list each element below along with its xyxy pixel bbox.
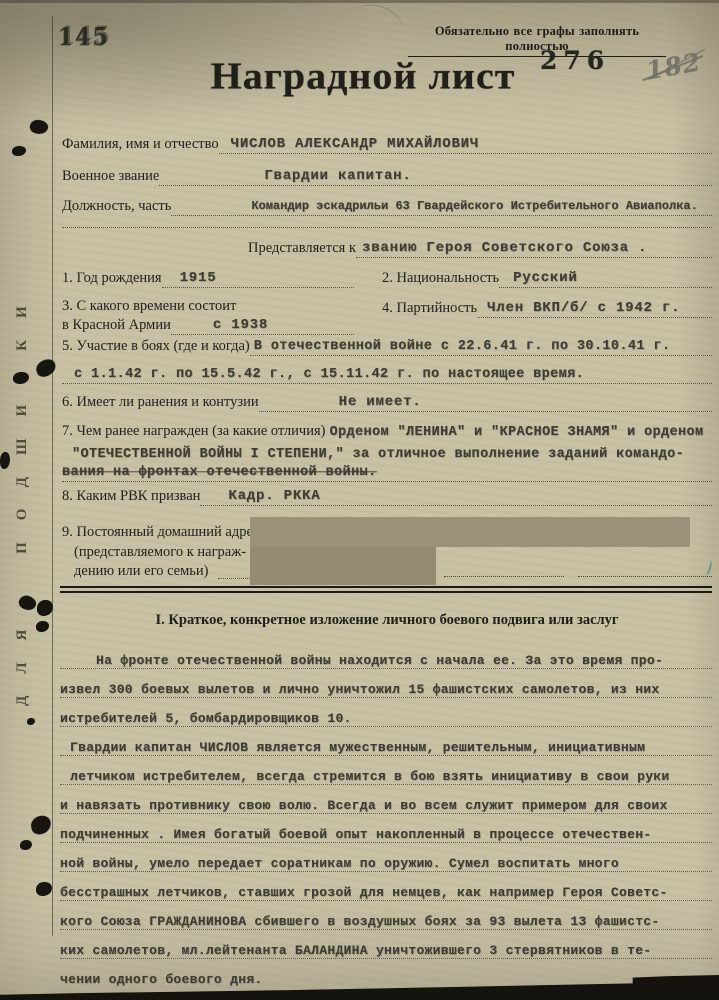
field-name-label: Фамилия, имя и отчество [62, 136, 219, 154]
field-rank-value: Гвардии капитан. [264, 168, 411, 184]
field-address-rule-mid [444, 562, 564, 577]
field-awards-value-line1: Орденом "ЛЕНИНА" и "КРАСНОЕ ЗНАМЯ" и орд… [329, 425, 703, 440]
field-address-rule-short [218, 564, 254, 579]
field-name-entry: ЧИСЛОВ АЛЕКСАНДР МИХАЙЛОВИЧ [219, 134, 712, 154]
field-drafted-by-value: Кадр. РККА [228, 488, 320, 504]
citation-line: На фронте отечественной войны находится … [60, 640, 712, 669]
citation-line: Гвардии капитан ЧИСЛОВ является мужестве… [60, 727, 712, 756]
field-party-status: 4. Партийность Член ВКП/б/ с 1942 г. [382, 298, 712, 318]
award-sheet-page: ДЛЯ ПОДШИВКИ 145 Обязательно все графы з… [0, 0, 719, 1000]
field-combat-value-line1: В отечественной войне с 22.6.41 г. по 30… [254, 339, 671, 354]
field-awards-value-line3: вания на фронтах отечественной войны. [62, 465, 377, 480]
field-awards-label: 7. Чем ранее награжден (за какие отличия… [62, 423, 325, 441]
blank-rule-line [62, 213, 712, 228]
citation-line: ких самолетов, мл.лейтенанта БАЛАНДИНА у… [60, 930, 712, 959]
field-name: Фамилия, имя и отчество ЧИСЛОВ АЛЕКСАНДР… [62, 134, 712, 154]
field-drafted-by: 8. Каким РВК призван Кадр. РККА [62, 486, 712, 506]
field-address-label-line3: дению или его семьи) [74, 563, 209, 580]
field-birth-year: 1. Год рождения 1915 [62, 268, 354, 288]
field-rank-entry: Гвардии капитан. [159, 166, 712, 186]
pencil-stray-mark [347, 0, 408, 49]
field-drafted-by-entry: Кадр. РККА [200, 486, 712, 506]
field-name-value: ЧИСЛОВ АЛЕКСАНДР МИХАЙЛОВИЧ [231, 136, 479, 152]
ink-blot [37, 600, 53, 616]
field-in-army-label-line2: в Красной Армии [62, 317, 171, 335]
field-wounds-entry: Не имеет. [259, 392, 712, 412]
citation-line: кого Союза ГРАЖДАНИНОВА сбившего в возду… [60, 901, 712, 930]
field-awards-entry-line2: "ОТЕЧЕСТВЕННОЙ ВОЙНЫ I СТЕПЕНИ," за отли… [62, 444, 712, 463]
citation-line: ной войны, умело передает соратникам по … [60, 843, 712, 872]
section-heading: I. Краткое, конкретное изложение личного… [62, 612, 712, 629]
citation-line: истребителей 5, бомбардировщиков 10. [60, 698, 712, 727]
corner-number-stamp: 145 [58, 22, 110, 51]
field-combat-entry-line1: В отечественной войне с 22.6.41 г. по 30… [250, 336, 712, 356]
citation-line: летчиком истребителем, всегда стремится … [60, 756, 712, 785]
citation-line: подчиненных . Имея богатый боевой опыт н… [60, 814, 712, 843]
redaction-block-top [250, 517, 690, 547]
field-in-army-label-line1: 3. С какого времени состоит [62, 298, 354, 315]
field-birth-year-label: 1. Год рождения [62, 270, 162, 288]
field-awards-line2: "ОТЕЧЕСТВЕННОЙ ВОЙНЫ I СТЕПЕНИ," за отли… [62, 444, 712, 463]
field-party-value: Член ВКП/б/ с 1942 г. [487, 300, 680, 316]
field-wounds-label: 6. Имеет ли ранения и контузии [62, 394, 259, 412]
field-address-rule-right [578, 562, 712, 577]
citation-text-block: На фронте отечественной войны находится … [60, 640, 712, 987]
ink-blot [36, 621, 49, 632]
field-nomination: Представляется к званию Героя Советского… [248, 238, 712, 258]
citation-line: бесстрашных летчиков, ставших грозой для… [60, 872, 712, 901]
field-combat: 5. Участие в боях (где и когда) В отечес… [62, 336, 712, 356]
field-rank-label: Военное звание [62, 168, 159, 186]
field-nomination-label: Представляется к [248, 240, 356, 258]
ink-blot [28, 118, 49, 136]
ink-blot [20, 840, 32, 850]
citation-line: чении одного боевого дня. [60, 959, 712, 987]
ink-blot [36, 882, 52, 896]
field-rank: Военное звание Гвардии капитан. [62, 166, 712, 186]
field-party-label: 4. Партийность [382, 300, 477, 318]
field-nomination-entry: званию Героя Советского Союза . [356, 238, 712, 258]
section-divider [60, 586, 712, 593]
field-nationality: 2. Национальность Русский [382, 268, 712, 288]
field-wounds-value: Не имеет. [339, 394, 422, 410]
citation-line: и навязать противнику свою волю. Всегда … [60, 785, 712, 814]
ink-blot [0, 452, 10, 469]
citation-line: извел 300 боевых вылетов и лично уничтож… [60, 669, 712, 698]
document-title: Наградной лист [168, 53, 558, 98]
margin-filing-text: ДЛЯ ПОДШИВКИ [14, 284, 31, 706]
field-birth-year-entry: 1915 [162, 268, 354, 288]
field-address-label-line1: 9. Постоянный домашний адрес [62, 524, 260, 541]
field-combat-entry-line2: с 1.1.42 г. по 15.5.42 г., с 15.11.42 г.… [62, 364, 712, 384]
photo-top-edge [0, 0, 719, 3]
field-address-label-line2: (представляемого к награж- [74, 544, 246, 561]
field-row-birth-nationality: 1. Год рождения 1915 2. Национальность Р… [62, 268, 712, 288]
field-awards-value-line2: "ОТЕЧЕСТВЕННОЙ ВОЙНЫ I СТЕПЕНИ," за отли… [72, 447, 684, 462]
field-combat-value-line2: с 1.1.42 г. по 15.5.42 г., с 15.11.42 г.… [74, 367, 584, 382]
field-unit-value: Командир эскадрильи 63 Гвардейского Истр… [251, 199, 697, 213]
ink-blot [34, 357, 58, 379]
field-combat-line2: с 1.1.42 г. по 15.5.42 г., с 15.11.42 г.… [62, 364, 712, 384]
ink-blot [27, 718, 35, 725]
field-awards-entry-line1: Орденом "ЛЕНИНА" и "КРАСНОЕ ЗНАМЯ" и орд… [325, 422, 712, 441]
field-nationality-value: Русский [513, 270, 577, 286]
field-combat-label: 5. Участие в боях (где и когда) [62, 338, 250, 356]
field-awards-entry-line3: вания на фронтах отечественной войны. [62, 462, 712, 482]
field-wounds: 6. Имеет ли ранения и контузии Не имеет. [62, 392, 712, 412]
field-nationality-label: 2. Национальность [382, 270, 499, 288]
ink-blot [29, 814, 52, 836]
field-nomination-value: званию Героя Советского Союза . [362, 240, 647, 256]
field-awards-line3: вания на фронтах отечественной войны. [62, 462, 712, 482]
margin-divider-line [52, 16, 53, 936]
field-in-army-entry: с 1938 [171, 315, 354, 335]
field-in-army-since: 3. С какого времени состоит в Красной Ар… [62, 298, 354, 335]
field-awards: 7. Чем ранее награжден (за какие отличия… [62, 422, 712, 441]
field-party-entry: Член ВКП/б/ с 1942 г. [477, 298, 712, 318]
redaction-block-bottom [250, 547, 436, 585]
ink-blot [12, 146, 26, 156]
field-nationality-entry: Русский [499, 268, 712, 288]
field-in-army-line2: в Красной Армии с 1938 [62, 315, 354, 335]
field-in-army-value: с 1938 [213, 317, 268, 333]
field-birth-year-value: 1915 [180, 270, 217, 286]
field-drafted-by-label: 8. Каким РВК призван [62, 488, 200, 506]
field-row-army-party: 3. С какого времени состоит в Красной Ар… [62, 298, 712, 335]
